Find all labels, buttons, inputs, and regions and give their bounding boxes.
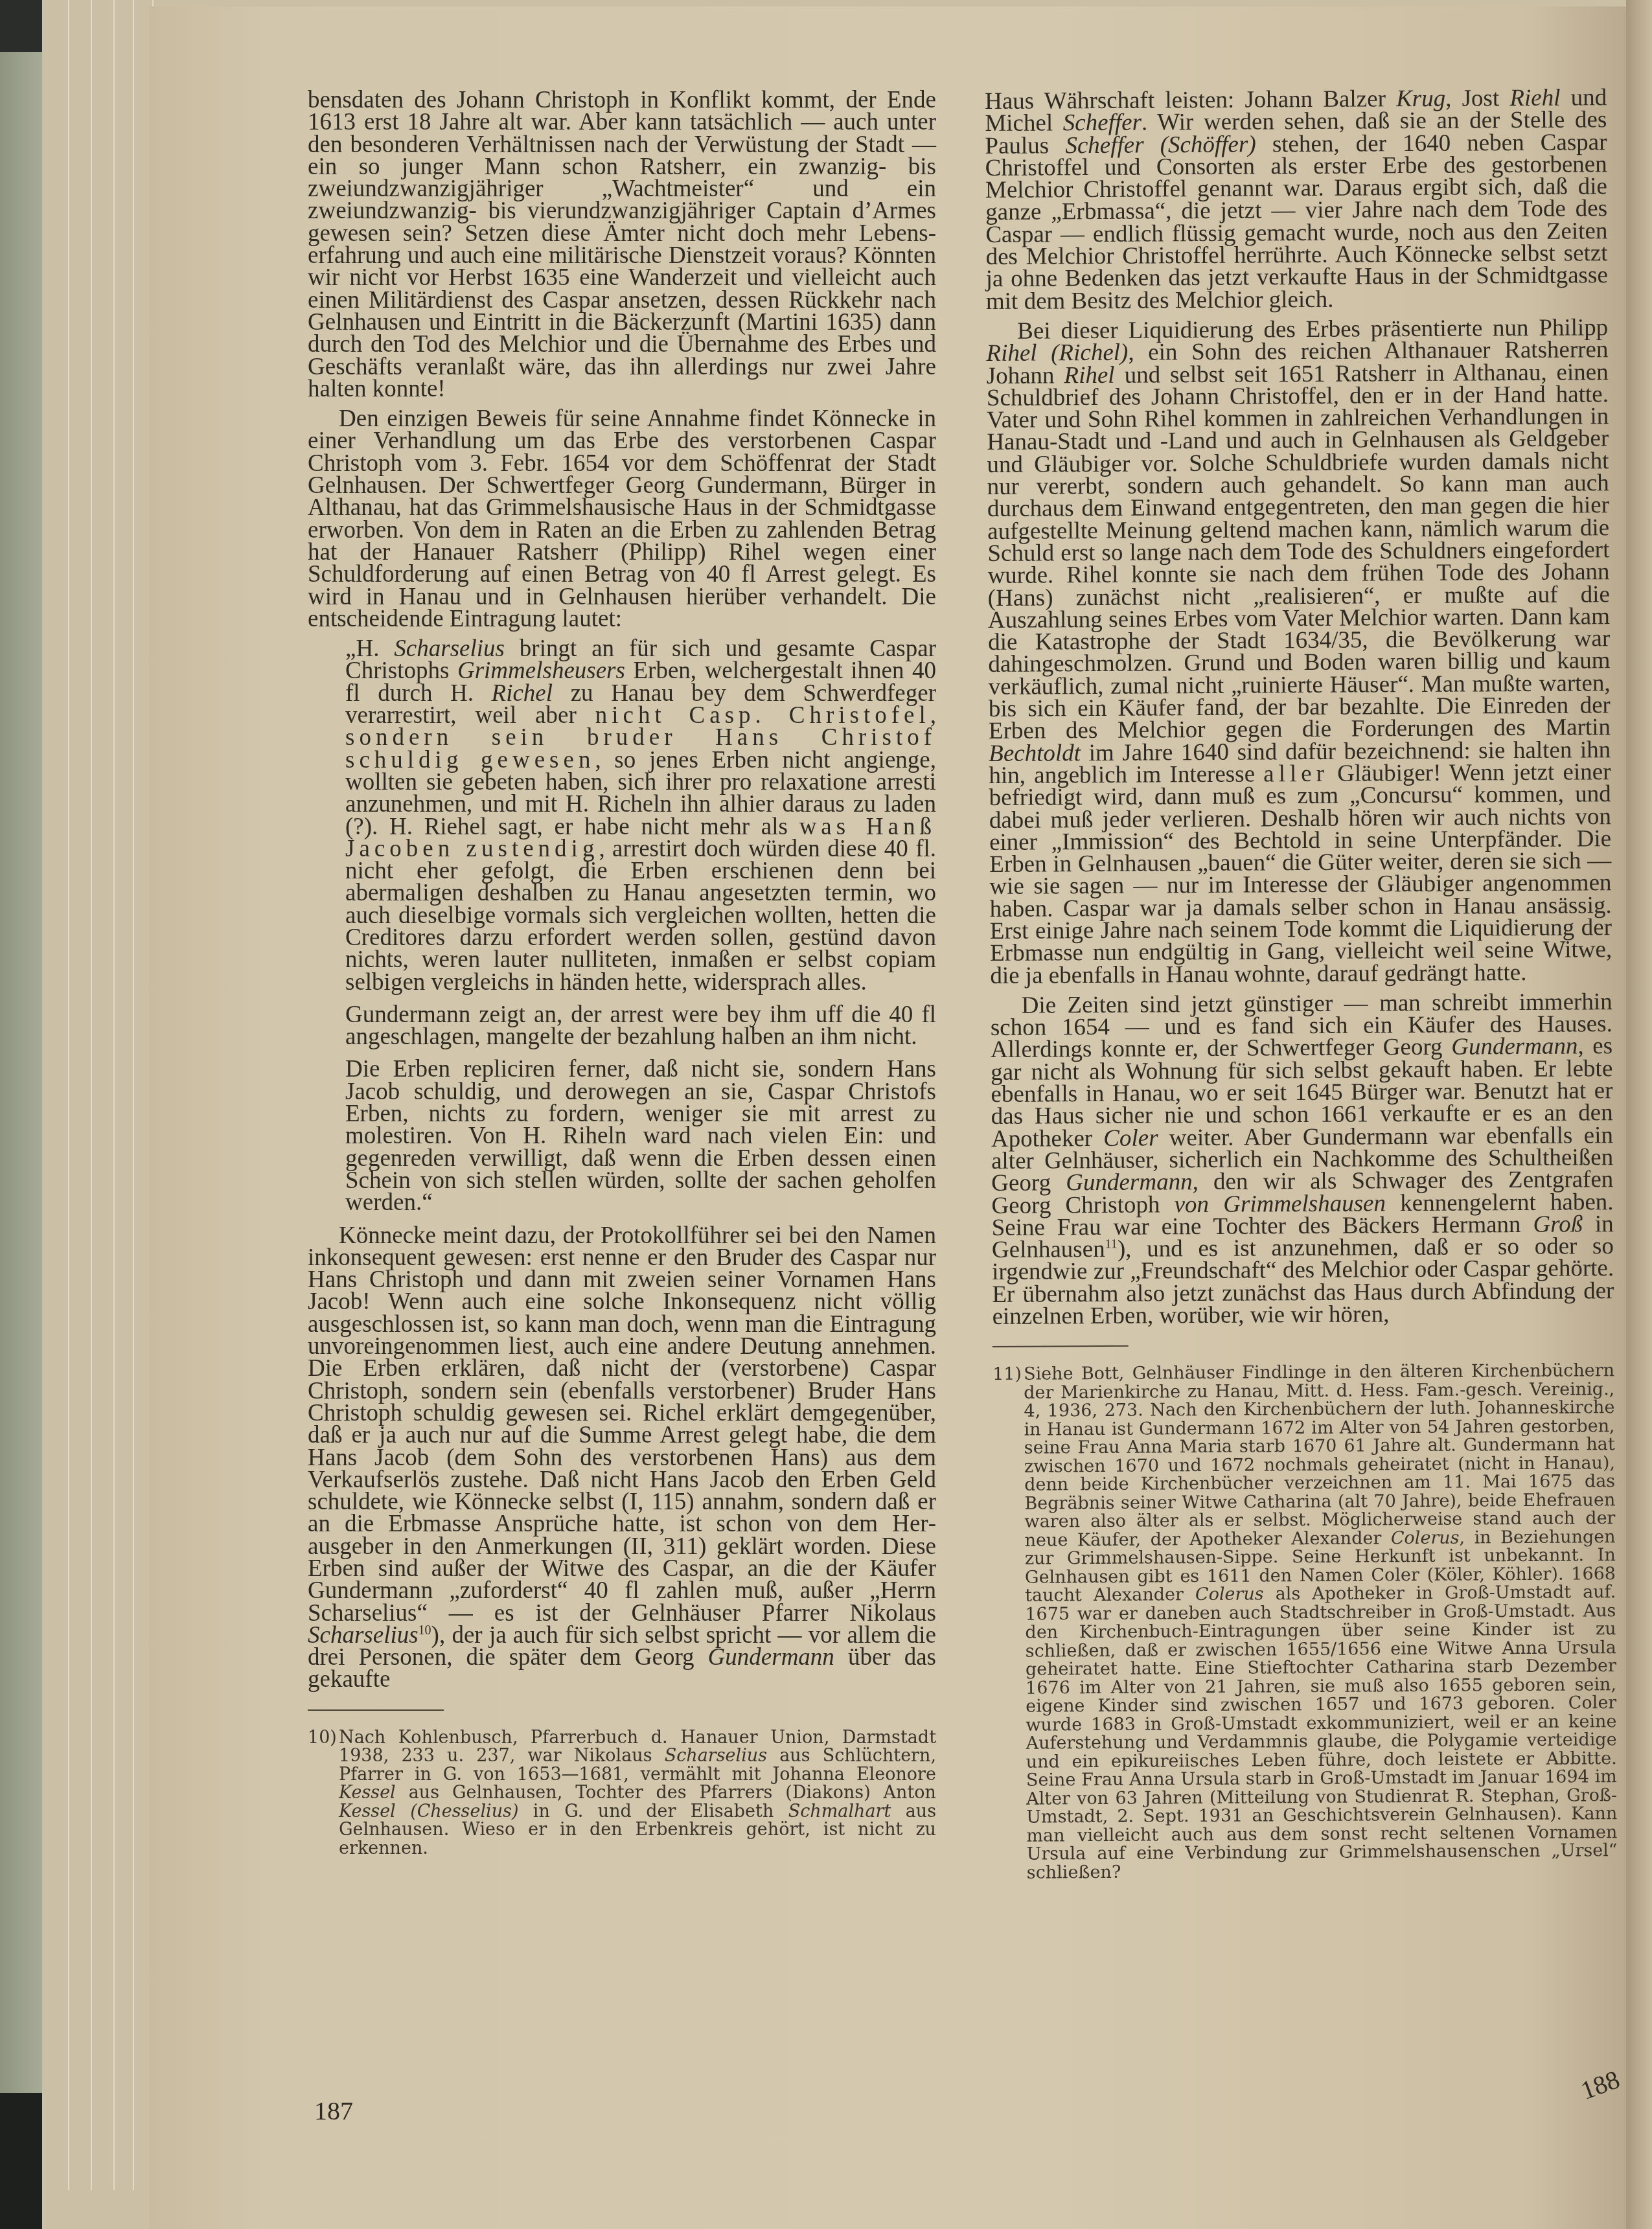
paragraph: Haus Währschaft leisten: Johann Balzer K… bbox=[985, 87, 1608, 313]
footnote-number: 11) bbox=[992, 1366, 1024, 1384]
name-italic: Schmalhart bbox=[788, 1801, 891, 1822]
quote-paragraph: Gundermann zeigt an, der arrest were bey… bbox=[345, 1004, 936, 1049]
left-page-column: bensdaten des Johann Christoph in Konfli… bbox=[308, 89, 936, 1875]
name-italic: Colerus bbox=[1391, 1527, 1460, 1548]
paragraph: Die Zeiten sind jetzt günstiger — man sc… bbox=[991, 991, 1614, 1328]
text-run: in G. und der Elisabeth bbox=[518, 1801, 788, 1822]
paragraph: Den einzigen Beweis für seine Annahme fi… bbox=[308, 408, 936, 630]
text-run: aus Gelnhausen, Tochter des Pfarrers (Di… bbox=[396, 1783, 936, 1803]
name-italic: Kessel (Chesselius) bbox=[339, 1801, 518, 1822]
text-run: als Apotheker in Groß-Umstadt auf. 1675 … bbox=[1025, 1582, 1617, 1882]
footnote-divider bbox=[992, 1345, 1129, 1347]
text-run: Siehe Bott, Gelnhäuser Findlinge in den … bbox=[1024, 1360, 1616, 1550]
footnote-ref[interactable]: 10 bbox=[419, 1623, 431, 1638]
archival-quote: „H. Scharselius bringt an für sich und g… bbox=[308, 638, 936, 1214]
right-page-column: Haus Währschaft leisten: Johann Balzer K… bbox=[985, 87, 1618, 1900]
footnote-10: 10)Nach Kohlenbusch, Pfarrerbuch d. Hana… bbox=[308, 1729, 936, 1858]
footnote-ref[interactable]: 11 bbox=[1105, 1237, 1117, 1252]
text-run: und selbst seit 1651 Ratsherr in Althana… bbox=[987, 359, 1611, 745]
footnote-divider bbox=[308, 1709, 444, 1711]
name-italic: Colerus bbox=[1195, 1584, 1264, 1605]
page-edge-line bbox=[133, 0, 134, 2190]
paragraph: Bei dieser Liquidierung des Erbes präsen… bbox=[986, 317, 1612, 987]
name-italic: Kessel bbox=[339, 1783, 396, 1803]
book-gutter bbox=[1626, 0, 1652, 2229]
text-run: Den einzigen Beweis für seine Annahme fi… bbox=[308, 406, 936, 632]
text-run: , arrestirt doch würden diese 40 fl. nic… bbox=[345, 836, 936, 996]
page-edge-line bbox=[91, 0, 92, 2190]
footnote-11: 11)Siehe Bott, Gelnhäuser Findlinge in d… bbox=[992, 1362, 1618, 1882]
name-italic: Scharselius bbox=[665, 1746, 767, 1766]
quote-paragraph: Die Erben repliciren ferner, daß nicht s… bbox=[345, 1058, 936, 1214]
page-number-left: 187 bbox=[314, 2096, 353, 2126]
text-run: stehen, der 1640 neben Caspar Christoffe… bbox=[985, 129, 1608, 315]
quote-paragraph: „H. Scharselius bringt an für sich und g… bbox=[345, 638, 936, 994]
footnote-number: 10) bbox=[308, 1729, 339, 1748]
paragraph: bensdaten des Johann Christoph in Konfli… bbox=[308, 89, 936, 400]
page-edge-line bbox=[68, 0, 69, 2190]
name-italic: Gundermann bbox=[708, 1644, 834, 1671]
paragraph: Könnecke meint dazu, der Protokollführer… bbox=[308, 1225, 936, 1691]
page-edge-line bbox=[113, 0, 115, 2190]
text-run: Könnecke meint dazu, der Protokollführer… bbox=[308, 1222, 936, 1627]
text-run: Gläubiger! Wenn jetzt einer befriedigt w… bbox=[989, 759, 1612, 989]
